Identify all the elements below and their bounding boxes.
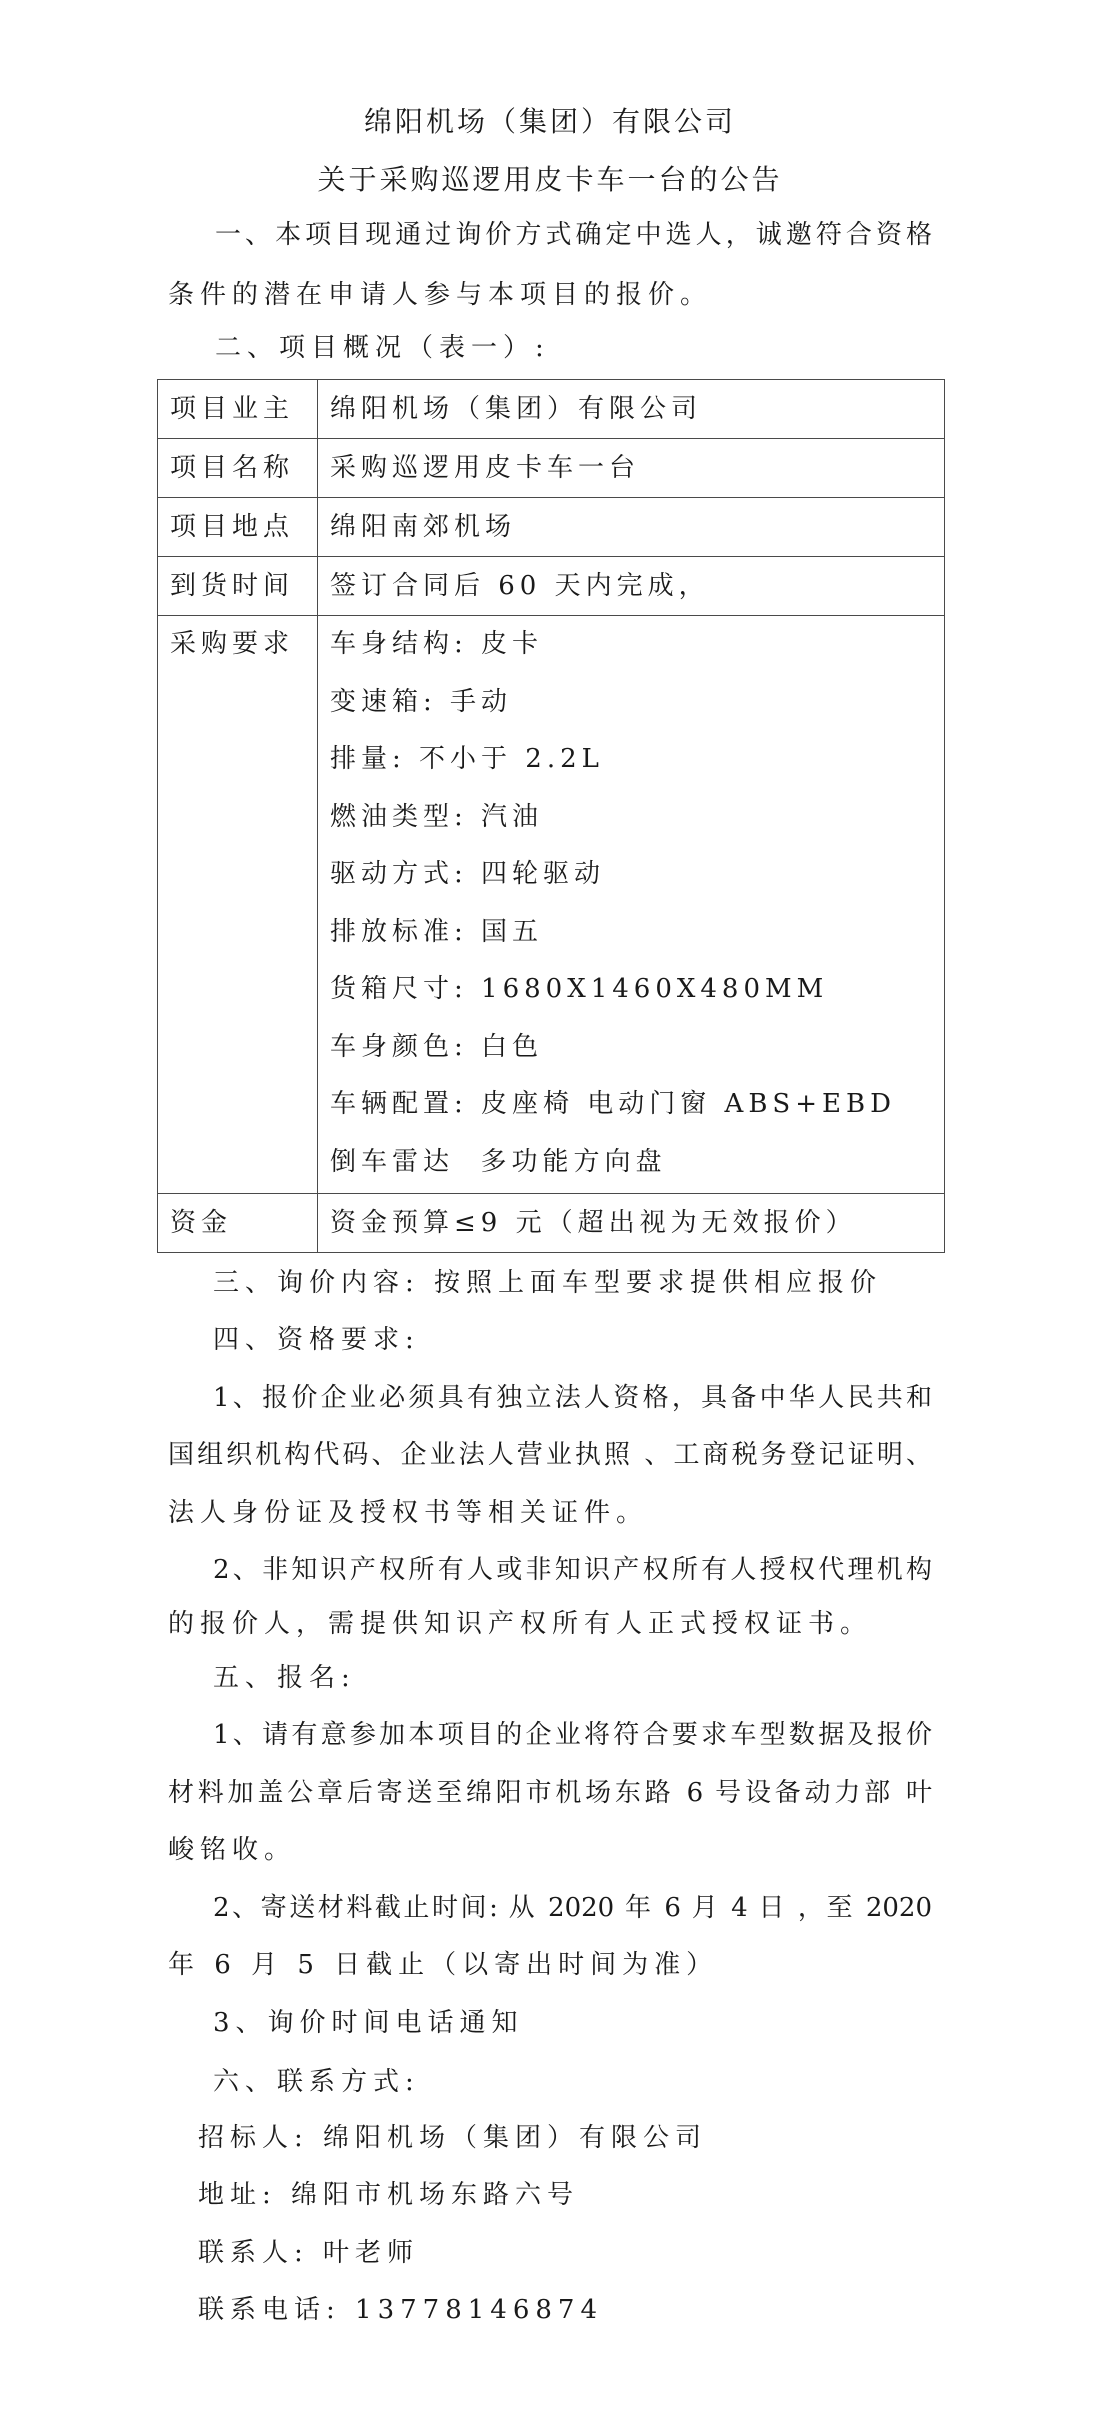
section5-item2-line-2: 年 6 月 5 日截止（以寄出时间为准）	[168, 1947, 718, 1983]
table-row: 资金 资金预算≤9 元（超出视为无效报价）	[158, 1194, 945, 1253]
table-row: 项目业主 绵阳机场（集团）有限公司	[158, 380, 945, 439]
section1-line-2: 条件的潜在申请人参与本项目的报价。	[168, 277, 712, 313]
row-value: 绵阳机场（集团）有限公司	[318, 380, 945, 439]
requirement-item: 货箱尺寸: 1680X1460X480MM	[330, 961, 932, 1019]
requirement-item: 车身结构: 皮卡	[330, 616, 932, 674]
section5-item1-line-3: 峻铭收。	[168, 1832, 296, 1868]
section5-item1-line-2: 材料加盖公章后寄送至绵阳市机场东路 6 号设备动力部 叶	[168, 1775, 932, 1811]
section4-item1-line-1: 1、报价企业必须具有独立法人资格，具备中华人民共和	[213, 1380, 932, 1416]
row-label: 资金	[158, 1194, 318, 1253]
row-label-cell: 采购要求	[158, 616, 318, 1194]
requirement-item: 排放标准: 国五	[330, 904, 932, 962]
project-overview-table: 项目业主 绵阳机场（集团）有限公司 项目名称 采购巡逻用皮卡车一台 项目地点 绵…	[157, 379, 945, 1253]
section5-item2-line-1: 2、寄送材料截止时间: 从 2020 年 6 月 4 日 ，至 2020	[213, 1890, 932, 1926]
contact-phone: 联系电话: 13778146874	[198, 2292, 603, 2328]
row-value: 绵阳南郊机场	[318, 498, 945, 557]
section3-line: 三、询价内容: 按照上面车型要求提供相应报价	[213, 1265, 882, 1301]
section2-heading: 二、项目概况（表一）:	[215, 330, 550, 366]
section5-item3: 3、询价时间电话通知	[213, 2005, 524, 2041]
table-row-requirements: 采购要求 车身结构: 皮卡 变速箱: 手动 排量: 不小于 2.2L 燃油类型:…	[158, 616, 945, 1194]
row-value: 资金预算≤9 元（超出视为无效报价）	[318, 1194, 945, 1253]
row-label: 项目业主	[158, 380, 318, 439]
section4-heading: 四、资格要求:	[213, 1322, 420, 1358]
requirement-item: 车身颜色: 白色	[330, 1019, 932, 1077]
row-value: 采购巡逻用皮卡车一台	[318, 439, 945, 498]
contact-address: 地址: 绵阳市机场东路六号	[198, 2177, 579, 2213]
contact-person: 联系人: 叶老师	[198, 2235, 419, 2271]
section1-line-1: 一、本项目现通过询价方式确定中选人，诚邀符合资格	[215, 217, 932, 253]
table-row: 项目地点 绵阳南郊机场	[158, 498, 945, 557]
row-label: 到货时间	[158, 557, 318, 616]
section4-item2-line-1: 2、非知识产权所有人或非知识产权所有人授权代理机构	[213, 1552, 932, 1588]
row-value: 签订合同后 60 天内完成，	[318, 557, 945, 616]
section5-heading: 五、报名:	[213, 1660, 356, 1696]
section4-item2-line-2: 的报价人，需提供知识产权所有人正式授权证书。	[168, 1606, 872, 1642]
section6-heading: 六、联系方式:	[213, 2064, 420, 2100]
section4-item1-line-2: 国组织机构代码、企业法人营业执照 、工商税务登记证明、	[168, 1437, 932, 1473]
table-row: 到货时间 签订合同后 60 天内完成，	[158, 557, 945, 616]
section4-item1-line-3: 法人身份证及授权书等相关证件。	[168, 1495, 648, 1531]
requirement-item: 排量: 不小于 2.2L	[330, 731, 932, 789]
document-title-subject: 关于采购巡逻用皮卡车一台的公告	[0, 162, 1100, 198]
row-label: 采购要求	[170, 616, 305, 674]
row-label: 项目地点	[158, 498, 318, 557]
document-title-org: 绵阳机场（集团）有限公司	[0, 104, 1100, 140]
requirement-item: 驱动方式: 四轮驱动	[330, 846, 932, 904]
contact-tenderer: 招标人: 绵阳机场（集团）有限公司	[198, 2120, 707, 2156]
requirement-item: 车辆配置: 皮座椅 电动门窗 ABS+EBD	[330, 1076, 932, 1134]
table-row: 项目名称 采购巡逻用皮卡车一台	[158, 439, 945, 498]
requirement-item: 变速箱: 手动	[330, 674, 932, 732]
row-label: 项目名称	[158, 439, 318, 498]
requirements-list: 车身结构: 皮卡 变速箱: 手动 排量: 不小于 2.2L 燃油类型: 汽油 驱…	[318, 616, 945, 1194]
section5-item1-line-1: 1、请有意参加本项目的企业将符合要求车型数据及报价	[213, 1717, 932, 1753]
requirement-item: 燃油类型: 汽油	[330, 789, 932, 847]
requirement-item: 倒车雷达 多功能方向盘	[330, 1134, 932, 1192]
